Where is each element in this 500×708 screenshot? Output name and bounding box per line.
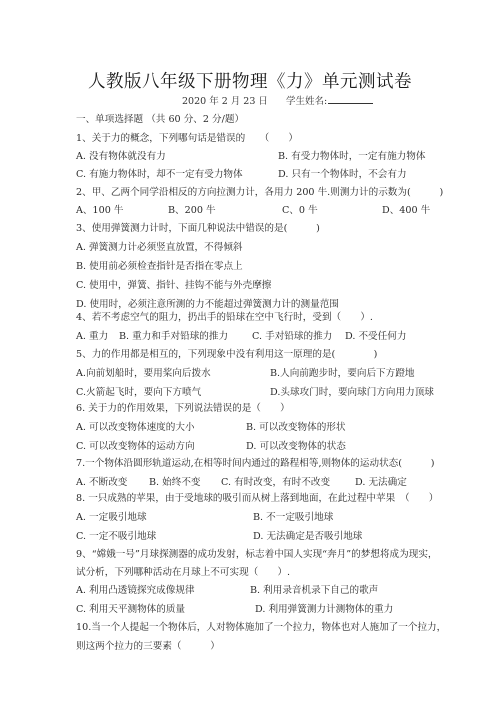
question-8-option-b: B. 不一定吸引地球: [253, 509, 333, 523]
question-2-option-b: B、200 牛: [168, 202, 216, 216]
question-6-option-c: C. 可以改变物体的运动方向: [76, 438, 195, 452]
question-3-stem: 3、使用弹簧测力计时，下面几种说法中错误的是( ): [76, 220, 320, 234]
page-title: 人教版八年级下册物理《力》单元测试卷: [0, 68, 500, 93]
question-5-option-a: A.向前划船时，要用桨向后拨水: [76, 365, 211, 379]
question-8-option-c: C. 一定不吸引地球: [76, 528, 156, 542]
section-heading: 一、单项选择题 （共 60 分、2 分/题）: [76, 111, 244, 125]
question-8-option-d: D. 无法确定是否吸引地球: [253, 528, 362, 542]
question-1-stem: 1、关于力的概念，下列哪句话是错误的 （ ）: [76, 130, 298, 144]
question-3-option-d: D. 使用时，必须注意所测的力不能超过弹簧测力计的测量范围: [76, 296, 339, 310]
question-7-option-d: D. 无法确定: [355, 474, 407, 488]
question-1-option-b: B. 有受力物体时，一定有施力物体: [278, 148, 425, 162]
question-6-option-b: B. 可以改变物体的形状: [246, 419, 346, 433]
question-10-stem-continued: 则这两个拉力的三要素（ ）: [76, 638, 220, 652]
question-7-option-a: A. 不断改变: [76, 474, 127, 488]
question-10-stem: 10.当一个人提起一个物体后，人对物体施加了一个拉力，物体也对人施加了一个拉力，: [76, 619, 446, 633]
question-4-option-b: B. 重力和手对铅球的推力: [119, 328, 228, 342]
question-4-stem: 4、若不考虑空气的阻力，扔出手的铅球在空中飞行时，受到（ ）.: [76, 309, 373, 323]
question-3-option-a: A. 弹簧测力计必须竖直放置，不得倾斜: [76, 239, 243, 253]
question-4-option-d: D. 不受任何力: [345, 328, 406, 342]
question-9-stem: 9、“嫦娥一号”月球探测器的成功发射，标志着中国人实现“奔月”的梦想将成为现实，: [76, 546, 438, 560]
question-2-option-a: A、100 牛: [76, 202, 123, 216]
student-name-blank: [328, 94, 373, 104]
question-2-option-c: C、0 牛: [282, 202, 318, 216]
question-9-option-d: D. 利用弹簧测力计测物体的重力: [255, 601, 393, 615]
question-4-option-c: C. 手对铅球的推力: [252, 328, 332, 342]
question-6-option-a: A. 可以改变物体速度的大小: [76, 419, 195, 433]
question-2-stem: 2、甲、乙两个同学沿相反的方向拉测力计，各用力 200 牛.则测力计的示数为( …: [76, 184, 443, 198]
question-5-option-b: B.人向前跑步时，要向后下方蹬地: [270, 365, 414, 379]
question-9-stem-continued: 试分析，下列哪种活动在月球上不可实现（ ）.: [76, 564, 290, 578]
question-4-option-a: A. 重力: [76, 328, 108, 342]
exam-date: 2020 年 2 月 23 日: [182, 93, 268, 107]
question-7-option-b: B. 始终不变: [149, 474, 201, 488]
question-7-option-c: C. 有时改变，有时不改变: [221, 474, 330, 488]
student-name-field: 学生姓名:: [286, 93, 373, 107]
question-2-option-d: D、400 牛: [382, 202, 430, 216]
question-9-option-c: C. 利用天平测物体的质量: [76, 601, 185, 615]
question-3-option-b: B. 使用前必须检查指针是否指在零点上: [76, 258, 243, 272]
question-3-option-c: C. 使用中，弹簧、指针、挂钩不能与外壳摩擦: [76, 277, 271, 291]
question-6-option-d: D. 可以改变物体的状态: [246, 438, 346, 452]
question-9-option-a: A. 利用凸透镜探究成像规律: [76, 582, 195, 596]
question-5-option-c: C.火箭起飞时，要向下方喷气: [76, 384, 201, 398]
question-1-option-a: A. 没有物体就没有力: [76, 148, 166, 162]
question-7-stem: 7.一个物体沿圆形轨道运动,在相等时间内通过的路程相等,则物体的运动状态( ): [76, 455, 435, 469]
question-8-option-a: A. 一定吸引地球: [76, 509, 147, 523]
question-8-stem: 8. 一只成熟的苹果，由于受地球的吸引而从树上落到地面，在此过程中苹果 （ ）: [76, 490, 438, 504]
student-name-label: 学生姓名:: [286, 96, 327, 107]
question-1-option-c: C. 有施力物体时，却不一定有受力物体: [76, 166, 243, 180]
question-6-stem: 6. 关于力的作用效果，下列说法错误的是（ ）: [76, 400, 290, 414]
exam-page: 人教版八年级下册物理《力》单元测试卷 2020 年 2 月 23 日 学生姓名:…: [0, 0, 500, 708]
question-5-stem: 5、力的作用都是相互的，下列现象中没有利用这一原理的是( ): [76, 346, 377, 360]
question-9-option-b: B. 利用录音机录下自己的歌声: [250, 582, 378, 596]
question-1-option-d: D. 只有一个物体时，不会有力: [278, 166, 407, 180]
question-5-option-d: D.头球攻门时，要向球门方向用力顶球: [270, 384, 434, 398]
